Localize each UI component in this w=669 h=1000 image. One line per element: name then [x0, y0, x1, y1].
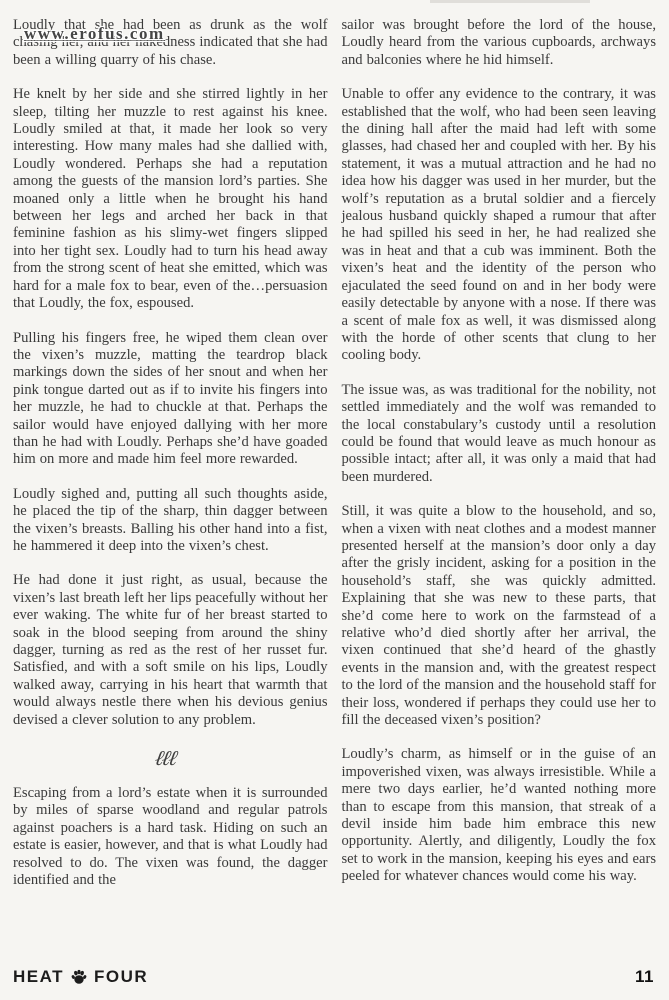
series-title-word-four: FOUR: [94, 967, 148, 987]
series-title: HEAT FOUR: [13, 967, 148, 987]
paragraph: He had done it just right, as usual, bec…: [13, 572, 328, 729]
paragraph: Unable to offer any evidence to the cont…: [342, 86, 657, 365]
section-divider-ornament: ℓℓℓ: [11, 746, 320, 771]
paragraph: He knelt by her side and she stirred lig…: [13, 86, 328, 312]
paragraph: sailor was brought before the lord of th…: [342, 17, 657, 69]
text-columns: Loudly that she had been as drunk as the…: [0, 0, 669, 940]
series-title-word-heat: HEAT: [13, 967, 64, 987]
watermark: www.erofus.com: [24, 24, 165, 44]
paragraph: Escaping from a lord’s estate when it is…: [13, 785, 328, 889]
paragraph: Loudly sighed and, putting all such thou…: [13, 486, 328, 556]
paragraph: The issue was, as was traditional for th…: [342, 382, 657, 486]
left-column: Loudly that she had been as drunk as the…: [13, 17, 328, 940]
paragraph: Still, it was quite a blow to the househ…: [342, 503, 657, 729]
scan-artifact: [430, 0, 590, 3]
page-number: 11: [635, 967, 654, 987]
paragraph: Pulling his fingers free, he wiped them …: [13, 330, 328, 469]
paw-icon: [71, 969, 87, 985]
paragraph: Loudly’s charm, as himself or in the gui…: [342, 746, 657, 885]
page-footer: HEAT FOUR 11: [13, 967, 654, 987]
right-column: sailor was brought before the lord of th…: [342, 17, 657, 940]
